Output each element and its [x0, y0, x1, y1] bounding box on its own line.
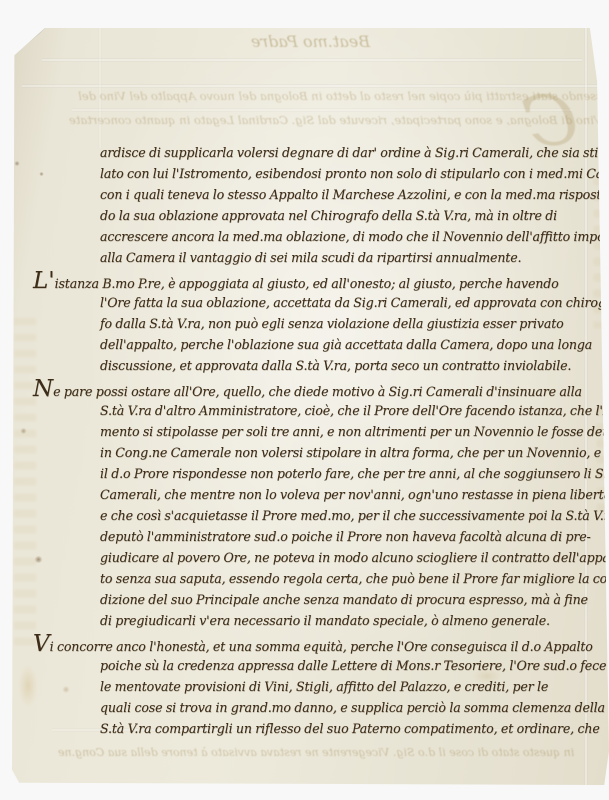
text-line: le mentovate provisioni di Vini, Stigli,… [33, 676, 603, 697]
text-line: Camerali, che mentre non lo voleva per n… [33, 484, 603, 505]
paragraph: ardisce di supplicarla volersi degnare d… [33, 142, 603, 268]
ink-stain [20, 428, 27, 434]
text-line: Vi concorre anco l'honestà, et una somma… [33, 634, 603, 655]
showthrough-line: ssendo stati estratti più copie nel rest… [20, 84, 602, 108]
text-line: dell'appalto, perche l'oblazione sua già… [33, 334, 603, 355]
text-line: L'istanza B.mo P.re, è appoggiata al giu… [33, 271, 603, 292]
text-line: in Cong.ne Camerale non volersi stipolar… [33, 442, 603, 463]
paragraph: Vi concorre anco l'honestà, et una somma… [33, 634, 603, 739]
showthrough-bottom-line: in questo stato di cose il d.o Sig. Vice… [58, 746, 574, 759]
text-line: mento si stipolasse per soli tre anni, e… [33, 421, 603, 442]
showthrough-block: ssendo stati estratti più copie nel rest… [20, 84, 602, 132]
paragraph: L'istanza B.mo P.re, è appoggiata al giu… [33, 271, 603, 376]
text-line: fo dalla S.tà V.ra, non può egli senza v… [33, 313, 603, 334]
text-line: di pregiudicarli v'era necessario il man… [33, 610, 603, 631]
crease [42, 58, 582, 62]
text-line: con i quali teneva lo stesso Appalto il … [33, 184, 603, 205]
text-line: accrescere ancora la med.ma oblazione, d… [33, 226, 603, 247]
showthrough-line: Vino di Bologna, e sono partecipate, ric… [20, 108, 602, 132]
paragraph: Ne pare possi ostare all'Ore, quello, ch… [33, 379, 603, 631]
ink-stain [601, 121, 607, 126]
text-line: S.tà V.ra d'altro Amministratore, cioè, … [33, 400, 603, 421]
text-line: deputò l'amministratore sud.o poiche il … [33, 526, 603, 547]
text-line: ardisce di supplicarla volersi degnare d… [33, 142, 603, 163]
showthrough-header: Beat.mo Padre [12, 32, 609, 51]
folded-corner [12, 28, 48, 60]
text-line: Ne pare possi ostare all'Ore, quello, ch… [33, 379, 603, 400]
text-line: dizione del suo Principale anche senza m… [33, 589, 603, 610]
text-line: alla Camera il vantaggio di sei mila scu… [33, 247, 603, 268]
text-line: to senza sua saputa, essendo regola cert… [33, 568, 603, 589]
text-line: lato con lui l'Istromento, esibendosi pr… [33, 163, 603, 184]
scan-background: Beat.mo Padre ssendo stati estratti più … [0, 0, 609, 800]
text-line: il d.o Prore rispondesse non poterlo far… [33, 463, 603, 484]
text-line: poiche sù la credenza appressa dalle Let… [33, 655, 603, 676]
text-line: giudicare al povero Ore, ne poteva in mo… [33, 547, 603, 568]
text-line: e che così s'acquietasse il Prore med.mo… [33, 505, 603, 526]
ink-stain [14, 161, 20, 166]
text-line: do la sua oblazione approvata nel Chirog… [33, 205, 603, 226]
manuscript-page: Beat.mo Padre ssendo stati estratti più … [12, 28, 609, 785]
text-line: quali cose si trova in grand.mo danno, e… [33, 697, 603, 718]
text-block: ardisce di supplicarla volersi degnare d… [33, 142, 603, 742]
text-line: S.tà V.ra compartirgli un riflesso del s… [33, 718, 603, 739]
text-line: discussione, et approvata dalla S.tà V.r… [33, 355, 603, 376]
text-line: l'Ore fatta la sua oblazione, accettata … [33, 292, 603, 313]
